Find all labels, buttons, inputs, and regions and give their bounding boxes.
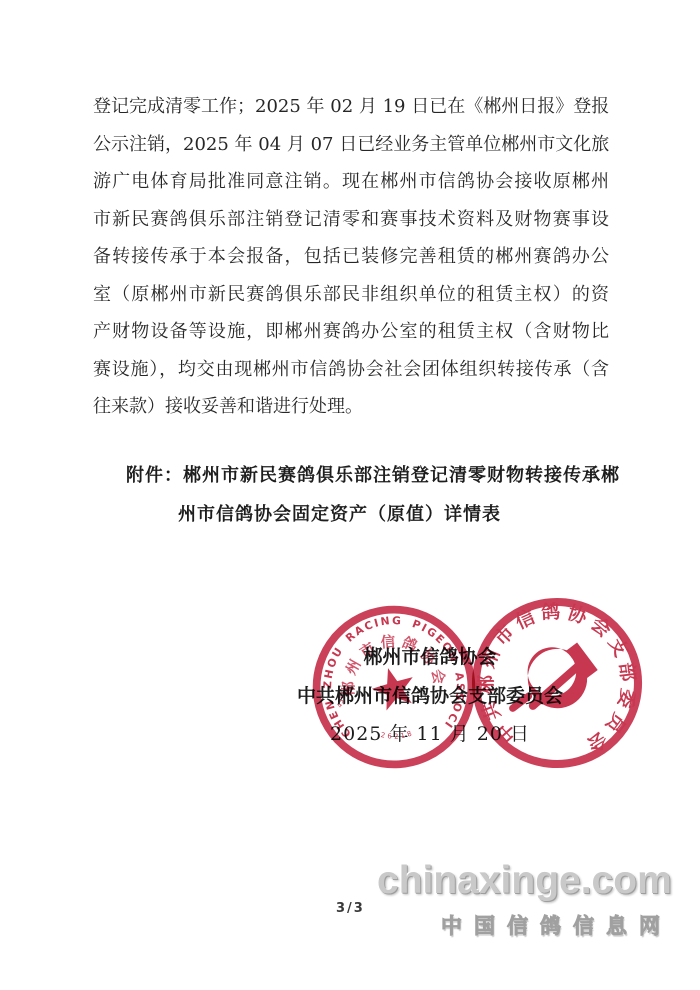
body-line: 赛设施），均交由现郴州市信鸽协会社会团体组织转接传承（含 [93, 351, 609, 389]
hammer-sickle-icon [513, 641, 595, 716]
body-paragraph: 登记完成清零工作；2025 年 02 月 19 日已在《郴州日报》登报 公示注销… [93, 88, 609, 426]
body-line: 往来款）接收妥善和谐进行处理。 [93, 388, 609, 426]
watermark-site-url: chinaxinge.com [377, 861, 672, 900]
body-line: 公示注销，2025 年 04 月 07 日已经业务主管单位郴州市文化旅 [93, 126, 609, 164]
body-line: 市新民赛鸽俱乐部注销登记清零和赛事技术资料及财物赛事设 [93, 201, 609, 239]
party-branch-seal-stamp: 中共郴州市信鸽协会支部委员会 [458, 584, 656, 782]
svg-text:26218: 26218 [379, 729, 415, 742]
watermark-site-name-chinese: 中国信鸽信息网 [441, 912, 672, 941]
scanned-document-page: 登记完成清零工作；2025 年 02 月 19 日已在《郴州日报》登报 公示注销… [0, 0, 700, 990]
attachment-title-line2: 州市信鸽协会固定资产（原值）详情表 [178, 500, 501, 526]
seal-code-left: 431 [335, 694, 346, 708]
body-line: 产财物设备等设施，即郴州赛鸽办公室的租赁主权（含财物比 [93, 313, 609, 351]
body-line: 备转接传承于本会报备，包括已装修完善租赁的郴州赛鸽办公 [93, 238, 609, 276]
seal-code-bottom: 26218 [379, 729, 415, 742]
body-line: 游广电体育局批准同意注销。现在郴州市信鸽协会接收原郴州 [93, 163, 609, 201]
star-icon [368, 662, 420, 713]
body-line: 登记完成清零工作；2025 年 02 月 19 日已在《郴州日报》登报 [93, 88, 609, 126]
page-number: 3/3 [336, 901, 365, 916]
body-line: 室（原郴州市新民赛鸽俱乐部民非组织单位的租赁主权）的资 [93, 276, 609, 314]
attachment-title-line1: 附件：郴州市新民赛鸽俱乐部注销登记清零财物转接传承郴 [126, 461, 620, 487]
